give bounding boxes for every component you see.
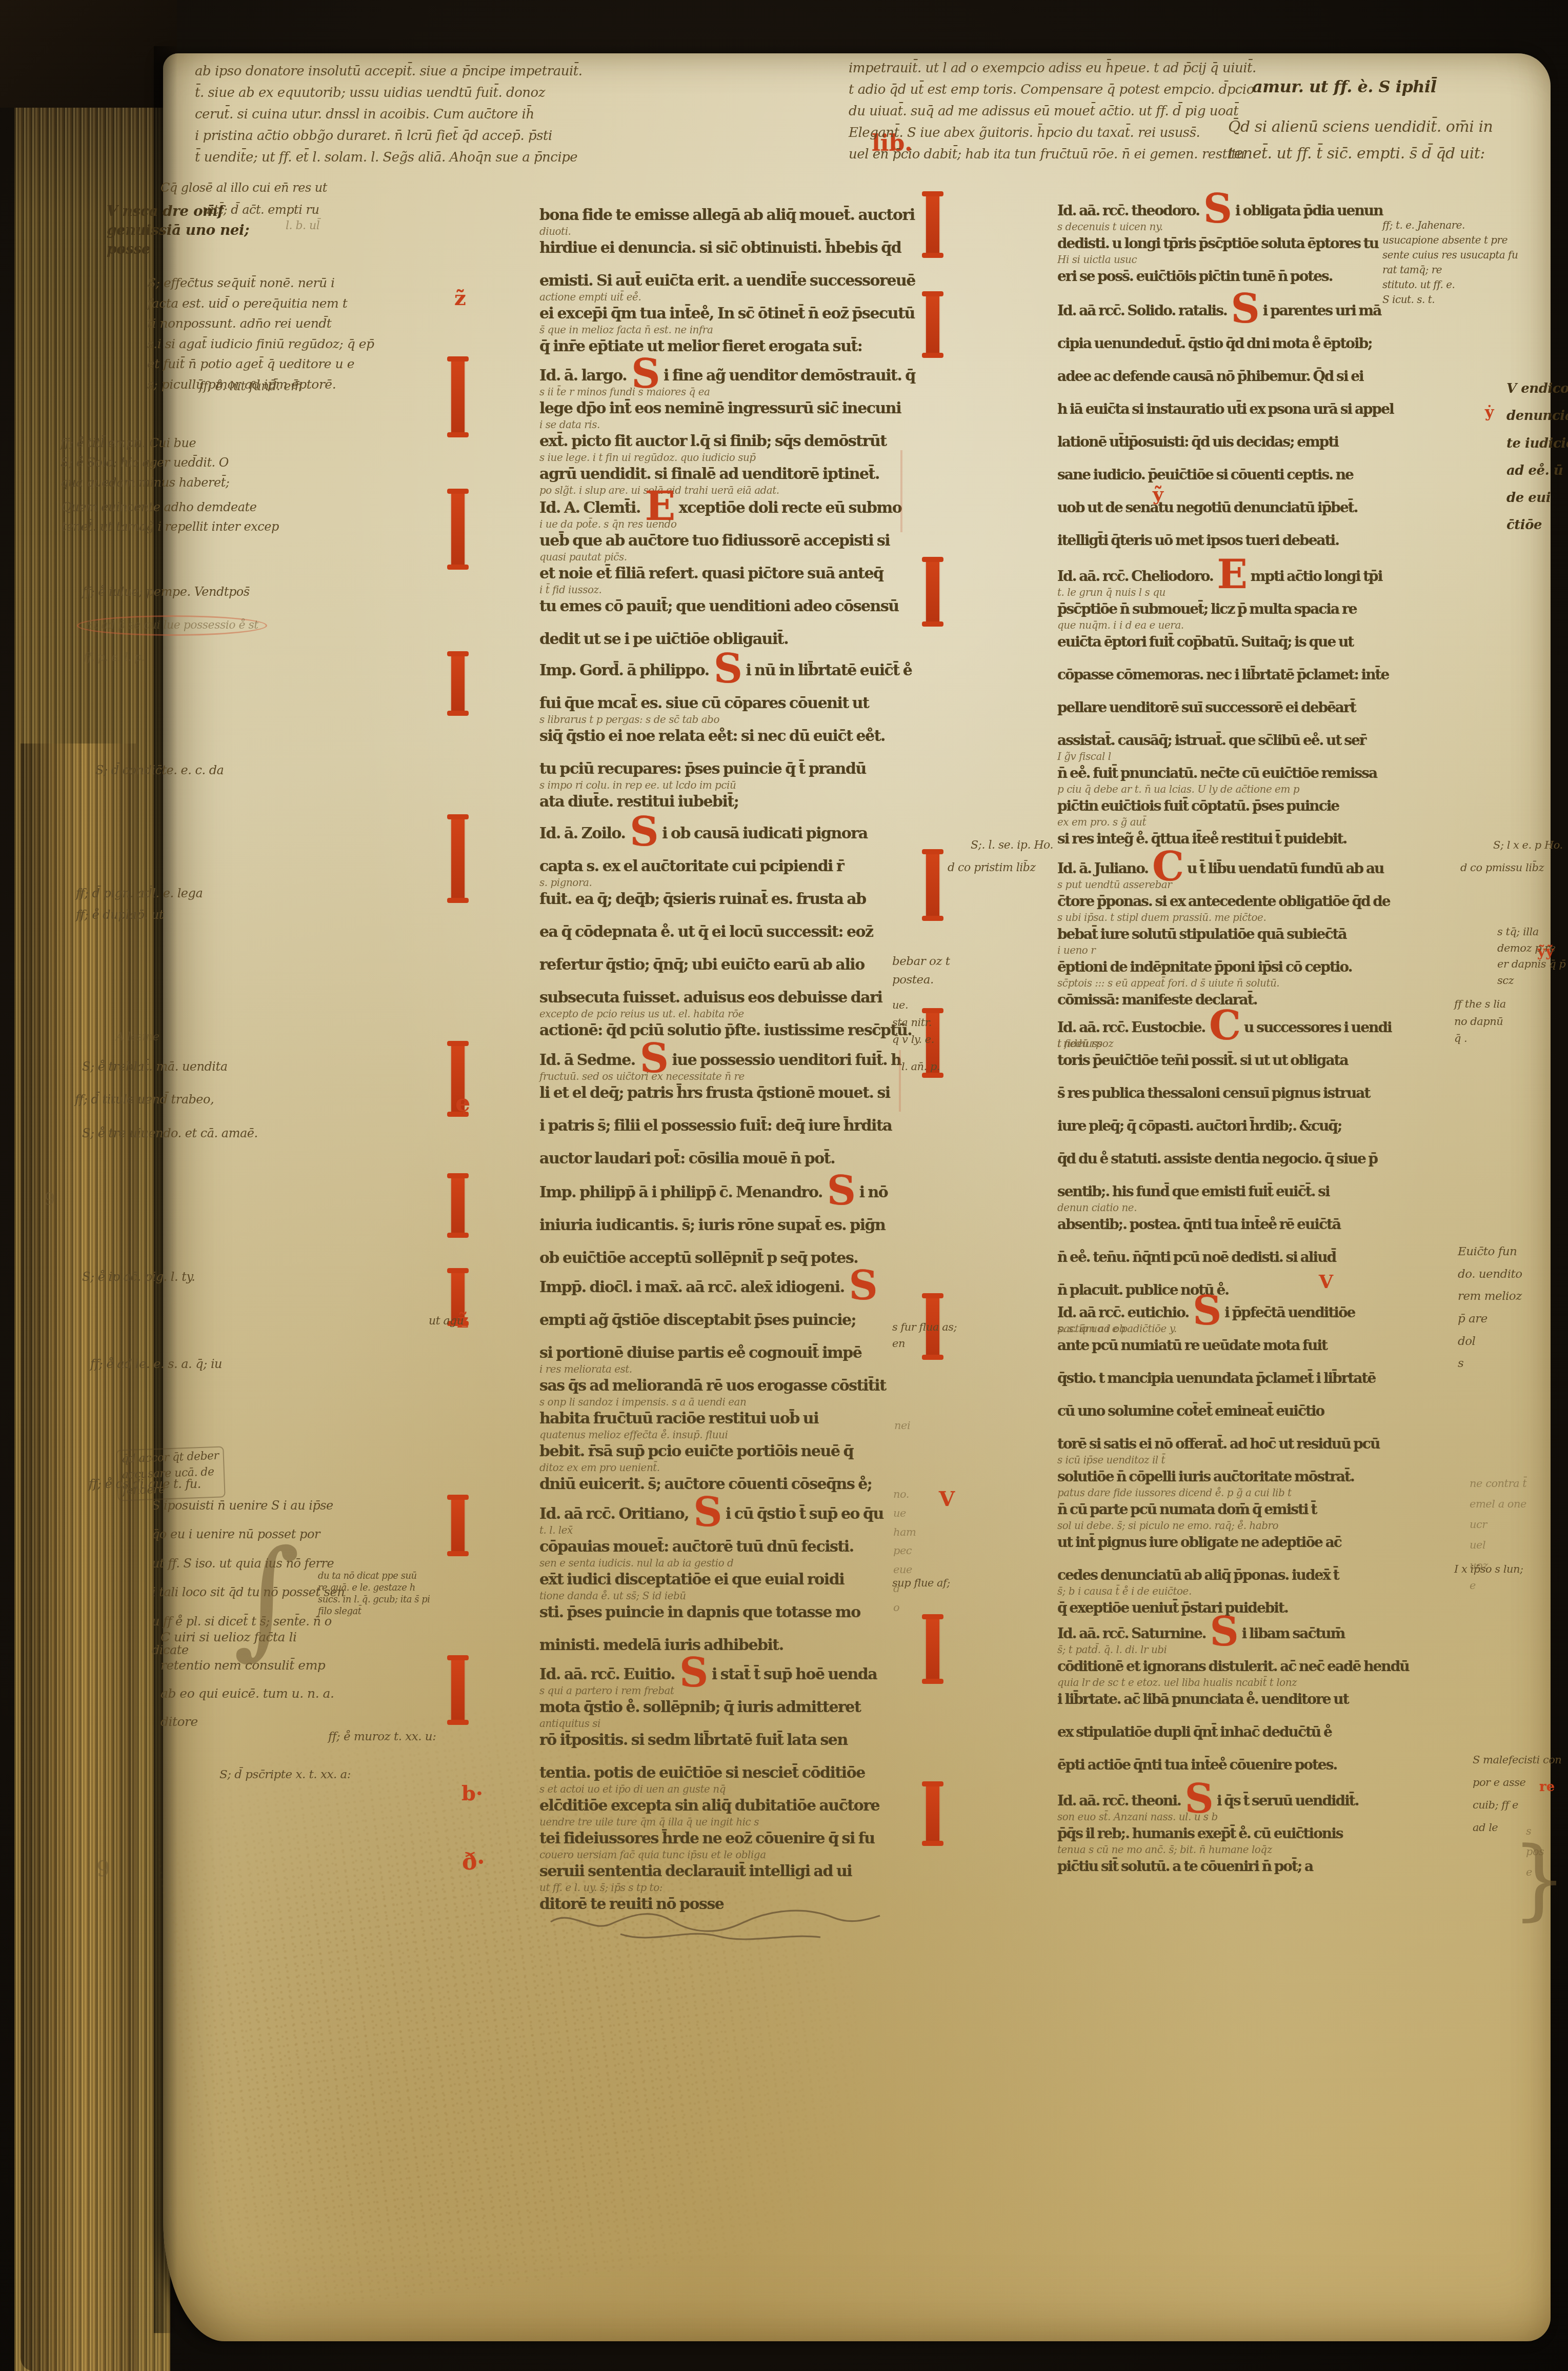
main-text-line: ante pcū numiatū re ueūdate mota fuit (1057, 1331, 1393, 1364)
right-column-paragraph: Id. aā. rcc̄. Eustocbie. Cu successores… (1057, 1013, 1393, 1309)
main-text-line: ut int̄ pignus iure obligate ne adeptiō… (1057, 1528, 1393, 1561)
law-citation: Id. ā. largo. (539, 367, 630, 385)
law-citation: Id. ā. Juliano. (1057, 860, 1151, 877)
main-text-line: uob ut de senatu negotiū denunciatū ip… (1057, 493, 1393, 526)
margin-note: ff; d̄ titule uend̄ trabeo, (75, 1091, 214, 1108)
law-citation: Imp. philipp̄ ā i philipp̄ c̄. Menandro… (539, 1183, 826, 1201)
margin-note: S;. l. se. ip. Ho. (971, 838, 1053, 853)
end-flourish (544, 1900, 892, 1946)
left-column-paragraph: Impp̄. dioc̄l. i max̄. aā rcc̄. alex̄ i… (539, 1273, 898, 1503)
rubric-initial-bar (451, 816, 465, 901)
law-citation: Id. aā. rcc̄. Cheliodoro. (1057, 568, 1216, 585)
main-text-line: Id. ā. Zoilo. Si ob causā iudicati pig… (539, 819, 898, 852)
margin-note: ff; t. e. Jahenare. usucapione absente t… (1382, 218, 1518, 307)
right-column-paragraph: Id. aā rcc̄. eutichio. Si p̄pfec̄tā ue… (1057, 1298, 1393, 1626)
law-citation: Id. ā Sedme. (539, 1051, 639, 1069)
margin-note: d co pristim lib̄z (948, 860, 1036, 876)
main-text-line: ea q̄ cōdepnata e̊. ut q̄ ei locū succ… (539, 918, 898, 951)
main-text-line: lationē ut̄ip̄osuisti: q̄d uis decidas;… (1057, 428, 1393, 460)
margin-note: S; e̊ treblat̄. mā. uendita (82, 1058, 228, 1075)
main-text-line: q̄ inr̄e ep̄tiate ut melior fieret eroga… (539, 332, 898, 365)
margin-note: ff; e̊ iulue; pempe. Vendtpos̄ (82, 584, 250, 600)
main-text-line: sane iudicio. p̄euic̄tiōe si cōuenti c… (1057, 460, 1393, 493)
margin-note: ff. p. e. l. p. (84, 650, 145, 666)
margin-note: V endicori denuncianḏ te iudicio ad ee̊.… (1506, 375, 1568, 539)
rubric-initial: S (693, 1489, 721, 1536)
main-text-line: cū uno solumine cot̄et̄ emineat̄ euic̄t… (1057, 1397, 1393, 1430)
margin-note: l. b. ul̄ (286, 218, 319, 234)
law-citation: Id. aā rcc̄. Solido. ratalis. (1057, 302, 1230, 319)
rubric-initial: S (827, 1168, 855, 1214)
main-text-line: tu emes cō pauit̄; que uenditioni adeo … (539, 592, 898, 625)
left-column-paragraph: bona fide te emisse allegā ab aliq̄ mou… (539, 201, 898, 365)
right-column-paragraph: Id. aā. rcc̄. theodoro. Si obligata p̄d… (1057, 196, 1393, 295)
brace-decoration: ∫ (233, 1533, 300, 1661)
law-citation: Id. aā rcc̄. Oritiano, (539, 1505, 692, 1523)
top-marginalia-block: ab ipso donatore insolutū accepit̄. siue… (195, 61, 582, 168)
margin-note: bebar oz t postea. (892, 953, 950, 989)
main-text-line: bebat̄ iure solutū stipulatiōe quā su… (1057, 920, 1393, 953)
law-citation: Id. aā. rcc̄. theodoro. (1057, 202, 1202, 219)
law-citation: Id. aā. rcc̄. Saturnine. (1057, 1625, 1209, 1642)
margin-note: ff; e̊. lut fund̄. em̄ (199, 378, 302, 394)
main-text-line: i patris s̄; filii el possessio fuit̄: d… (539, 1112, 898, 1144)
main-text-line: cipia uenundedut̄. q̄stio q̄d dni mota e… (1057, 329, 1393, 362)
left-column-paragraph: Id. A. Clemt̄i. Exceptiōe doli recte eu… (539, 494, 898, 658)
paraph-mark: ę (455, 1091, 470, 1115)
law-citation: Id. A. Clemt̄i. (539, 499, 644, 517)
right-column-paragraph: Id. aā. rcc̄. Saturnine. Si libam sac̄t… (1057, 1619, 1393, 1783)
main-text-line: Imp. Gord̄. ā philippo. Si nū in lib̄r… (539, 656, 898, 689)
margin-note: S; l x e. p Ho. (1493, 838, 1563, 852)
brace-decoration: 9 (44, 1191, 55, 1208)
main-text-line: iniuria iudicantis. s̄; iuris rōne supa… (539, 1211, 898, 1244)
main-text-line: Id. aā rcc̄. Oritiano, Si cū q̄stio t̄… (539, 1500, 898, 1533)
margin-note: ff; d̄ pign. ad̄l. e. lega (76, 885, 203, 901)
rubric-initial: E (1217, 551, 1246, 598)
margin-note: l. an̄. p. (901, 1059, 940, 1074)
rubric-initial-bar (451, 358, 465, 435)
rubric-initial: S (1203, 186, 1231, 232)
main-text-line: ēpti actiōe q̄nti tua int̄ee̊ cōuenir… (1057, 1751, 1393, 1783)
rubric-initial-bar (926, 1783, 939, 1844)
rubric-initial-bar (926, 559, 939, 625)
rubric-initial: S (1231, 286, 1258, 332)
main-text-line: fuit. ea q̄; deq̄b; q̄sieris ruinat̄ es.… (539, 885, 898, 918)
main-text-line: h iā euic̄ta si instauratio ut̄i ex pso… (1057, 395, 1393, 428)
main-text-line: adee ac defende causā nō p̄hibemur. Q̄… (1057, 362, 1393, 395)
margin-note: S; e̊ ip ac̄. pig. l. ty. (82, 1269, 195, 1285)
rubric-initial: C (1209, 1002, 1240, 1049)
margin-note: du ta nō dicat ppe suū re quā. e le. … (318, 1570, 430, 1617)
paraph-mark: z̃ (454, 288, 466, 309)
main-text-line: eri se poss̄. euic̄tiōis pic̄tin tunē … (1057, 262, 1393, 295)
margin-note: Quem euincente adho demdeate tenet̄. ut … (62, 497, 279, 537)
margin-note: s fur flua as; en (892, 1319, 957, 1352)
margin-note: S; effec̄tus seq̄uit̄ nonē. nerū i fac… (147, 273, 374, 394)
rubric-initial: S (1210, 1609, 1237, 1655)
margin-note: ff; e̊ muroz t. xx. u: (328, 1729, 436, 1745)
rubric-initial-bar (926, 851, 939, 919)
paraph-mark: V (1319, 1273, 1333, 1291)
left-column-paragraph: Id. ā. Zoilo. Si ob causā iudicati pig… (539, 819, 898, 1049)
main-text-line: hirdiue ei denuncia. si sic̄ obtinuisti.… (539, 234, 898, 267)
left-column-paragraph: Id. ā. largo. Si fine ag̃ uenditor demo… (539, 361, 898, 493)
main-text-line: refertur q̄stio; q̄nq̄; ubi euic̄to earu… (539, 951, 898, 983)
main-text-line: euic̄ta ēptori fuit̄ cop̄batū. Suitaq̄… (1057, 628, 1393, 660)
main-text-line: pic̄tiu sit̄ solutū. a te cōueniri n̄ … (1057, 1852, 1393, 1885)
margin-note: ut agu (429, 1314, 464, 1329)
paraph-mark: ẏ (1485, 405, 1494, 420)
main-text-line: ministi. medelā iuris adhibebit. (539, 1631, 898, 1664)
margin-note: no. ue ham pec eue d o (893, 1485, 916, 1617)
main-text-line: toris p̄euic̄tiōe ten̄i possit̄. si ut … (1057, 1046, 1393, 1079)
margin-note: S malefecisti con por e asse cuib; ff e … (1473, 1749, 1561, 1839)
margin-note: S; d̄ condic̄te. e. c. da (95, 762, 224, 778)
margin-note: ff; e̊ ad le. e. s. a. q̄; iu (90, 1356, 222, 1372)
margin-note: ue. sta nitr. q̄ v ly. e. (892, 997, 934, 1049)
right-column-paragraph: Id. ā. Juliano. Cu t̄ lib̄u uendatū fu… (1057, 854, 1393, 1018)
law-citation: Id. ā. Zoilo. (539, 825, 629, 842)
top-marginalia-block: Q̄d si alienū sciens uendidit̄. om̄i in… (1228, 114, 1493, 167)
top-marginalia-block: impetrauit̄. ut l ad o exempcio adiss eu… (849, 57, 1256, 165)
main-text-line: actionē: q̄d pciū solutio p̄fte. iusti… (539, 1016, 898, 1049)
paraph-mark: ð· (462, 1851, 485, 1874)
margin-note: Et ad p̄ se cui lue possessio e̊ st (77, 615, 267, 636)
paraph-mark: V (939, 1489, 955, 1510)
faint-red-stroke (899, 1050, 901, 1112)
law-citation: Id. aā. rcc̄. Euitio. (539, 1665, 678, 1683)
main-text-line: absentib;. postea. q̄nti tua int̄ee̊ rē… (1057, 1210, 1393, 1243)
binding-leather-corner (0, 0, 177, 108)
rubric-initial-bar (926, 193, 939, 256)
margin-note: A lesine (116, 1030, 159, 1045)
main-text-line: cōpasse cōmemoras. nec i lib̄rtatē p̄… (1057, 660, 1393, 693)
left-column-paragraph: Imp. Gord̄. ā philippo. Si nū in lib̄r… (539, 656, 898, 820)
main-text-line: iure pleq̄; q̄ cōpasti. auc̄tori h̄rdib… (1057, 1112, 1393, 1144)
main-text-line: q̄stio. t mancipia uenundata p̄clamet̄ i… (1057, 1364, 1393, 1397)
main-text-line: Impp̄. dioc̄l. i max̄. aā rcc̄. alex̄ i… (539, 1273, 898, 1306)
main-text-line: sti. p̄ses puincie in dapnis que totasse… (539, 1598, 898, 1631)
rubric-initial: S (714, 646, 742, 692)
rubric-initial: S (679, 1650, 708, 1696)
main-text-line: n̄ ee̊. ten̄u. n̄q̄nti pcū noē dedisti… (1057, 1243, 1393, 1276)
main-text-line: q̄d du e̊ statuti. assiste dentia negoci… (1057, 1144, 1393, 1177)
faint-red-stroke (900, 450, 902, 532)
margin-note: Euic̄to fun do. uendito rem melioz p̄ ar… (1458, 1241, 1522, 1375)
rubric-initial-bar (926, 1616, 939, 1682)
margin-note: d co pmissu lib̄z (1460, 860, 1544, 875)
main-text-line: pellare uenditorē suī successorē ei d… (1057, 693, 1393, 726)
law-citation: Imp. Gord̄. ā philippo. (539, 661, 713, 679)
rubric-initial-bar (451, 653, 465, 714)
right-column-paragraph: Id. aā. rcc̄. Cheliodoro. Empti ac̄tio … (1057, 562, 1393, 857)
margin-note: V nsca dre om̄f genuissiā uno nei; poss… (107, 202, 249, 259)
rubric-initial: S (849, 1262, 877, 1309)
margin-note: nei (894, 1418, 910, 1433)
main-text-line: s̄ res publica thessaloni censuī pignus… (1057, 1079, 1393, 1112)
margin-note: S; d̄ psc̄ripte x. t. xx. a: (219, 1767, 351, 1783)
right-column-paragraph: Id. aā rcc̄. Solido. ratalis. Si parent… (1057, 296, 1393, 559)
margin-note: ff; e̊ duplap̄. ut (76, 907, 164, 923)
left-column-paragraph: Id. ā Sedme. Siue possessio uenditori f… (539, 1046, 898, 1177)
chapter-heading: amur. ut ff. è. S iphil̄ (1252, 76, 1436, 98)
rubric-initial-bar (926, 293, 939, 356)
law-citation: Id. aā. rcc̄. Eustocbie. (1057, 1019, 1208, 1036)
main-text-line: Id. aā rcc̄. Solido. ratalis. Si parent… (1057, 296, 1393, 329)
rubric-initial-bar (451, 1657, 465, 1723)
main-text-line: li et el deq̄; patris h̄rs frusta q̄stio… (539, 1079, 898, 1112)
main-text-line: si res integ̃ e̊. q̄ttua it̄ee̊ restitui… (1057, 825, 1393, 857)
main-text-line: capta s. ex el auc̄toritate cui pcipiend… (539, 852, 898, 885)
margin-note: sup flue af; (892, 1576, 950, 1590)
rubric-initial: S (1193, 1288, 1220, 1334)
rubric-initial-bar (451, 1497, 465, 1554)
rubric-initial: S (630, 809, 658, 855)
paraph-mark: b· (461, 1783, 483, 1804)
main-text-line: rō it̄positis. si sedm lib̄rtatē fuit̄… (539, 1726, 898, 1759)
margin-note: ff the s lia no dapnū q̄ . (1454, 996, 1506, 1048)
main-text-line: empti ag̃ q̄stiōe disceptabit p̄ses pui… (539, 1306, 898, 1339)
margin-note: ne contra t̄ emel a one ucr uel uoz e (1470, 1474, 1526, 1596)
rubric-initial-bar (451, 1175, 465, 1236)
paraph-mark: ỹ (1153, 485, 1163, 504)
margin-note: I x ip̄so s lun; (1454, 1562, 1523, 1576)
law-citation: Id. aā rcc̄. eutichio. (1057, 1304, 1192, 1321)
main-text-line: ex stipulatiōe dupli q̄nt̄ inhac̄ deduc… (1057, 1718, 1393, 1751)
law-citation: Impp̄. dioc̄l. i max̄. aā rcc̄. alex̄ i… (539, 1278, 848, 1296)
main-text-line: bona fide te emisse allegā ab aliq̄ mou… (539, 201, 898, 234)
left-column-paragraph: Imp. philipp̄ ā i philipp̄ c̄. Menandro… (539, 1178, 898, 1277)
law-citation: Id. aā. rcc̄. theoni. (1057, 1792, 1184, 1809)
brace-decoration: } (1512, 1836, 1567, 1923)
main-text-line: i lib̄rtate. ac̄ libā pnunciata e̊. uen… (1057, 1685, 1393, 1718)
margin-note: Cq̄ glosē al illo cui en̄ res ut (160, 179, 327, 196)
main-text-line: ata diut̄e. restitui iubebit̄; (539, 788, 898, 820)
rubric-initial-bar (451, 491, 465, 568)
left-column-paragraph: Id. aā rcc̄. Oritiano, Si cū q̄stio t̄… (539, 1500, 898, 1664)
main-text-line: Imp. philipp̄ ā i philipp̄ c̄. Menandro… (539, 1178, 898, 1211)
margin-note: ff; e̊ titl̄ empti. Cui bue S; e̊ Solo; … (61, 433, 229, 492)
brace-decoration: 9 (96, 1858, 110, 1880)
main-text-line: siq̄ q̄stio ei noe relata ee̊t: si nec d… (539, 722, 898, 755)
margin-note: s tq̄; illa demoz p re er dapnis q̄ p̄ s… (1497, 924, 1568, 989)
left-column-paragraph: Id. aā. rcc̄. Euitio. Si stat̄ t̄ sup̄ … (539, 1660, 898, 1923)
margin-note: S; e̊ tre uiuendo. et cā. amaē. (82, 1125, 258, 1141)
main-text-line: ob euic̄tiōe acceptū sollēpnit̄ p seq… (539, 1244, 898, 1277)
manuscript-photo-stage: bona fide te emisse allegā ab aliq̄ mou… (0, 0, 1568, 2371)
right-column-paragraph: Id. aā. rcc̄. theoni. Si q̄s t̄ seruū … (1057, 1786, 1393, 1885)
